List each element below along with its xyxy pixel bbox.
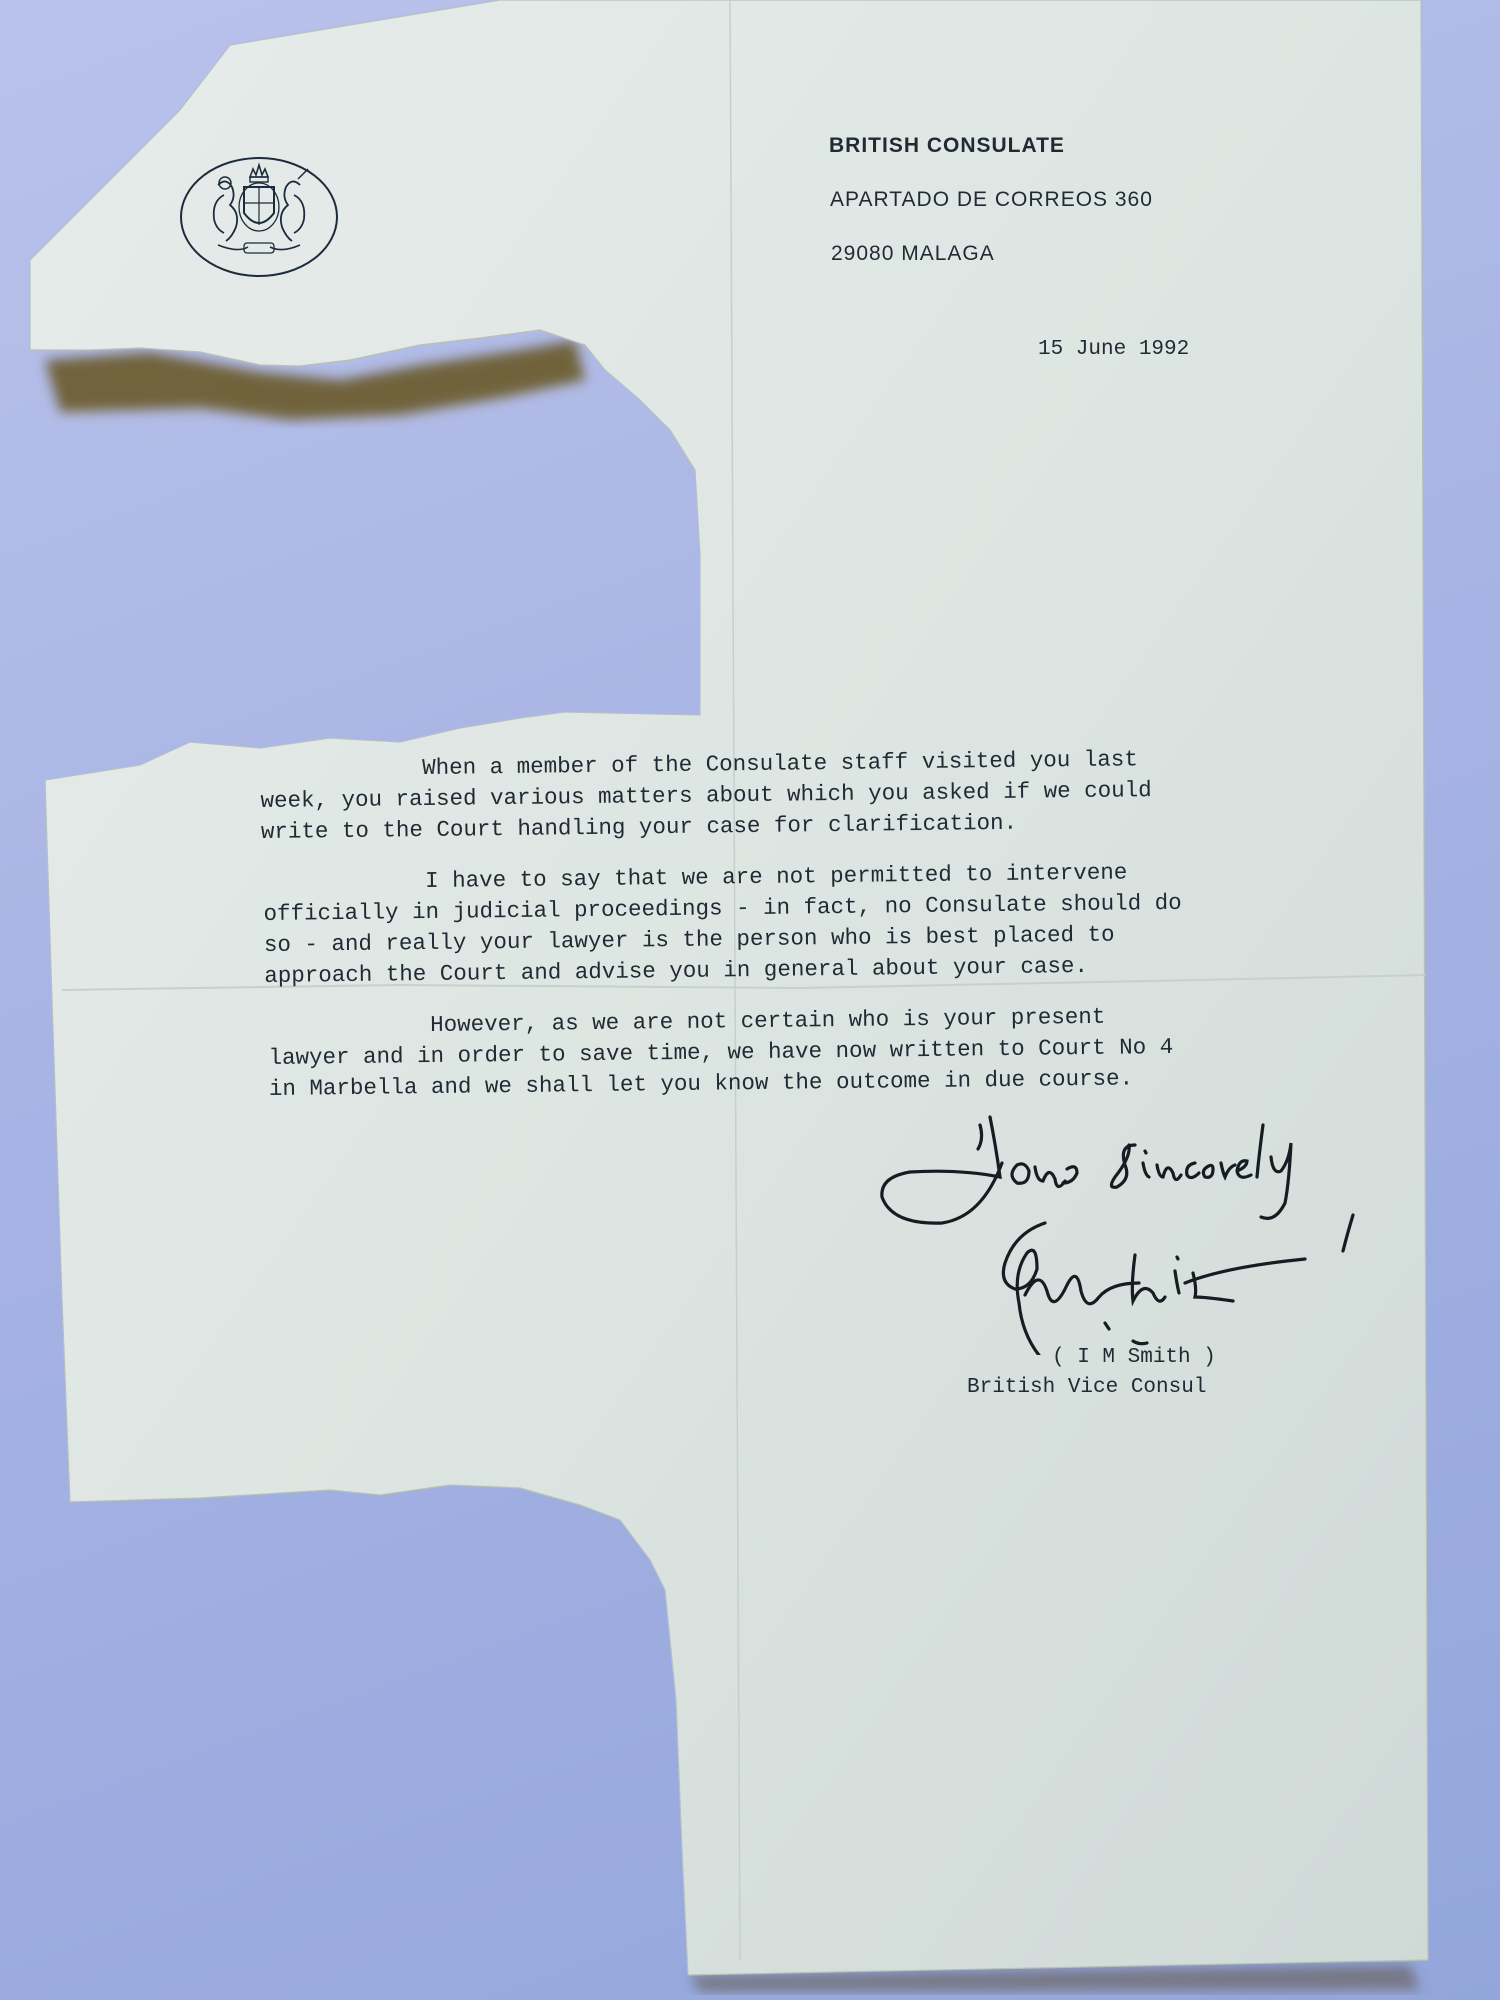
- organization-name: BRITISH CONSULATE: [829, 134, 1065, 158]
- royal-coat-of-arms-icon: [178, 155, 340, 279]
- address-line-1: APARTADO DE CORREOS 360: [830, 188, 1153, 212]
- letter-date: 15 June 1992: [1038, 334, 1189, 365]
- paragraph-2: I have to say that we are not permitted …: [263, 857, 1183, 992]
- signatory-name: ( I M Smith ): [1052, 1342, 1216, 1373]
- signatory-title: British Vice Consul: [967, 1372, 1206, 1403]
- paragraph-3: However, as we are not certain who is yo…: [268, 1001, 1174, 1105]
- handwritten-signature: Yours sincerely,: [875, 1105, 1395, 1355]
- address-line-2: 29080 MALAGA: [831, 242, 995, 266]
- paragraph-1: When a member of the Consulate staff vis…: [260, 744, 1152, 848]
- torn-letter-paper: [0, 0, 1500, 2000]
